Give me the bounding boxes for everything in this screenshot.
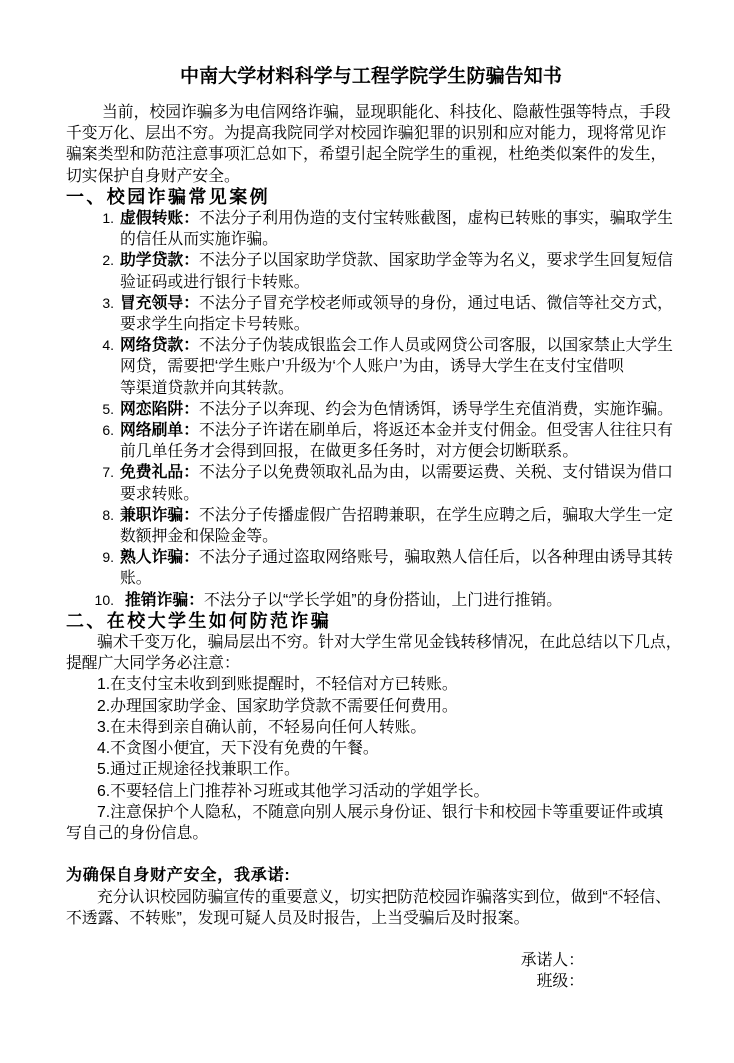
prevention-point: 5.通过正规途径找兼职工作。: [66, 759, 676, 780]
pledge-lead: 为确保自身财产安全，我承诺:: [66, 865, 676, 886]
fraud-case-item: 6. 网络刷单：不法分子许诺在刷单后，将返还本金并支付佣金。但受害人往往只有 前…: [66, 420, 676, 462]
item-first-line: 助学贷款：不法分子以国家助学贷款、国家助学金等为名义，要求学生回复短信: [120, 250, 676, 271]
item-desc-line: 不法分子伪装成银监会工作人员或网贷公司客服，以国家禁止大学生: [199, 337, 673, 354]
item-first-line: 虚假转账：不法分子利用伪造的支付宝转账截图，虚构已转账的事实，骗取学生: [120, 208, 676, 229]
intro-line: 千变万化、层出不穷。为提高我院同学对校园诈骗犯罪的识别和应对能力，现将常见诈: [66, 123, 676, 144]
prevention-point: 1.在支付宝未收到到账提醒时，不轻信对方已转账。: [66, 674, 676, 695]
item-term: 网络贷款：: [120, 337, 199, 354]
item-desc-line: 不法分子利用伪造的支付宝转账截图，虚构已转账的事实，骗取学生: [199, 210, 673, 227]
fraud-case-item: 10. 推销诈骗：不法分子以“学长学姐”的身份搭讪，上门进行推销。: [66, 590, 676, 611]
fraud-case-item: 7. 免费礼品：不法分子以免费领取礼品为由，以需要运费、关税、支付错误为借口 要…: [66, 462, 676, 504]
item-number: 1.: [66, 208, 114, 229]
item-desc-line: 网贷，需要把‘学生账户’升级为‘个人账户’为由，诱导大学生在支付宝借呗: [120, 356, 676, 377]
fraud-case-item: 5. 网恋陷阱：不法分子以奔现、约会为色情诱饵，诱导学生充值消费，实施诈骗。: [66, 399, 676, 420]
item-number: 10.: [66, 590, 114, 611]
item-term: 网恋陷阱：: [120, 401, 199, 418]
document-title: 中南大学材料科学与工程学院学生防骗告知书: [66, 63, 676, 91]
item-term: 助学贷款：: [120, 252, 199, 269]
prevention-point: 6.不要轻信上门推荐补习班或其他学习活动的学姐学长。: [66, 781, 676, 802]
item-number: 7.: [66, 462, 114, 483]
prevention-point: 3.在未得到亲自确认前，不轻易向任何人转账。: [66, 717, 676, 738]
fraud-case-item: 2. 助学贷款：不法分子以国家助学贷款、国家助学金等为名义，要求学生回复短信 验…: [66, 250, 676, 292]
item-number: 6.: [66, 420, 114, 441]
item-desc-line: 账。: [120, 568, 676, 589]
class-label: 班级：: [66, 971, 676, 992]
item-desc-line: 不法分子以奔现、约会为色情诱饵，诱导学生充值消费，实施诈骗。: [199, 401, 673, 418]
prevention-point: 4.不贪图小便宜，天下没有免费的午餐。: [66, 738, 676, 759]
fraud-case-item: 8. 兼职诈骗：不法分子传播虚假广告招聘兼职，在学生应聘之后，骗取大学生一定 数…: [66, 505, 676, 547]
fraud-case-item: 4. 网络贷款：不法分子伪装成银监会工作人员或网贷公司客服，以国家禁止大学生 网…: [66, 335, 676, 399]
item-desc-line: 不法分子传播虚假广告招聘兼职，在学生应聘之后，骗取大学生一定: [199, 507, 673, 524]
item-number: 4.: [66, 335, 114, 356]
section1-heading: 一、校园诈骗常见案例: [66, 187, 676, 208]
item-first-line: 免费礼品：不法分子以免费领取礼品为由，以需要运费、关税、支付错误为借口: [120, 462, 676, 483]
section2-intro-line: 提醒广大同学务必注意：: [66, 653, 676, 674]
fraud-case-item: 3. 冒充领导：不法分子冒充学校老师或领导的身份，通过电话、微信等社交方式， 要…: [66, 293, 676, 335]
prevention-point: 7.注意保护个人隐私，不随意向别人展示身份证、银行卡和校园卡等重要证件或填: [66, 802, 676, 823]
item-desc-line: 数额押金和保险金等。: [120, 526, 676, 547]
item-number: 2.: [66, 250, 114, 271]
section2-intro-line: 骗术千变万化，骗局层出不穷。针对大学生常见金钱转移情况，在此总结以下几点，: [66, 632, 676, 653]
item-desc-line: 要求转账。: [120, 484, 676, 505]
item-desc-line: 不法分子以免费领取礼品为由，以需要运费、关税、支付错误为借口: [199, 464, 673, 481]
item-number: 3.: [66, 293, 114, 314]
intro-line: 当前，校园诈骗多为电信网络诈骗，显现职能化、科技化、隐蔽性强等特点，手段: [66, 102, 676, 123]
item-term: 熟人诈骗：: [120, 549, 199, 566]
item-term: 免费礼品：: [120, 464, 199, 481]
item-first-line: 冒充领导：不法分子冒充学校老师或领导的身份，通过电话、微信等社交方式，: [120, 293, 676, 314]
item-first-line: 推销诈骗：不法分子以“学长学姐”的身份搭讪，上门进行推销。: [125, 590, 676, 611]
item-first-line: 兼职诈骗：不法分子传播虚假广告招聘兼职，在学生应聘之后，骗取大学生一定: [120, 505, 676, 526]
item-desc-line: 不法分子以国家助学贷款、国家助学金等为名义，要求学生回复短信: [199, 252, 673, 269]
signer-label: 承诺人：: [66, 950, 676, 971]
item-desc-line: 前几单任务才会得到回报，在做更多任务时，对方便会切断联系。: [120, 441, 676, 462]
item-number: 5.: [66, 399, 114, 420]
item-desc-line: 不法分子许诺在刷单后，将返还本金并支付佣金。但受害人往往只有: [199, 422, 673, 439]
fraud-case-item: 9. 熟人诈骗：不法分子通过盗取网络账号，骗取熟人信任后，以各种理由诱导其转 账…: [66, 547, 676, 589]
blank-line: [66, 929, 676, 950]
item-first-line: 网络刷单：不法分子许诺在刷单后，将返还本金并支付佣金。但受害人往往只有: [120, 420, 676, 441]
item-number: 9.: [66, 547, 114, 568]
item-term: 兼职诈骗：: [120, 507, 199, 524]
item-first-line: 熟人诈骗：不法分子通过盗取网络账号，骗取熟人信任后，以各种理由诱导其转: [120, 547, 676, 568]
item-term: 冒充领导：: [120, 295, 199, 312]
item-term: 网络刷单：: [120, 422, 199, 439]
pledge-body-line: 充分认识校园防骗宣传的重要意义，切实把防范校园诈骗落实到位，做到“不轻信、: [66, 887, 676, 908]
item-desc-line: 不法分子以“学长学姐”的身份搭讪，上门进行推销。: [204, 592, 562, 609]
fraud-case-item: 1. 虚假转账：不法分子利用伪造的支付宝转账截图，虚构已转账的事实，骗取学生 的…: [66, 208, 676, 250]
item-desc-line: 的信任从而实施诈骗。: [120, 229, 676, 250]
item-desc-line: 要求学生向指定卡号转账。: [120, 314, 676, 335]
intro-line: 骗案类型和防范注意事项汇总如下，希望引起全院学生的重视，杜绝类似案件的发生，: [66, 144, 676, 165]
item-first-line: 网恋陷阱：不法分子以奔现、约会为色情诱饵，诱导学生充值消费，实施诈骗。: [120, 399, 676, 420]
prevention-point-continuation: 写自己的身份信息。: [66, 823, 676, 844]
item-desc-line: 等渠道贷款并向其转款。: [120, 378, 676, 399]
item-desc-line: 不法分子通过盗取网络账号，骗取熟人信任后，以各种理由诱导其转: [199, 549, 673, 566]
item-number: 8.: [66, 505, 114, 526]
section2-heading: 二、在校大学生如何防范诈骗: [66, 611, 676, 632]
prevention-point: 2.办理国家助学金、国家助学贷款不需要任何费用。: [66, 696, 676, 717]
intro-line: 切实保护自身财产安全。: [66, 166, 676, 187]
document-page: 中南大学材料科学与工程学院学生防骗告知书 当前，校园诈骗多为电信网络诈骗，显现职…: [0, 0, 734, 1063]
item-term: 推销诈骗：: [125, 592, 204, 609]
blank-line: [66, 844, 676, 865]
item-desc-line: 不法分子冒充学校老师或领导的身份，通过电话、微信等社交方式，: [199, 295, 673, 312]
item-first-line: 网络贷款：不法分子伪装成银监会工作人员或网贷公司客服，以国家禁止大学生: [120, 335, 676, 356]
pledge-body-line: 不透露、不转账”，发现可疑人员及时报告，上当受骗后及时报案。: [66, 908, 676, 929]
item-desc-line: 验证码或进行银行卡转账。: [120, 272, 676, 293]
item-term: 虚假转账：: [120, 210, 199, 227]
